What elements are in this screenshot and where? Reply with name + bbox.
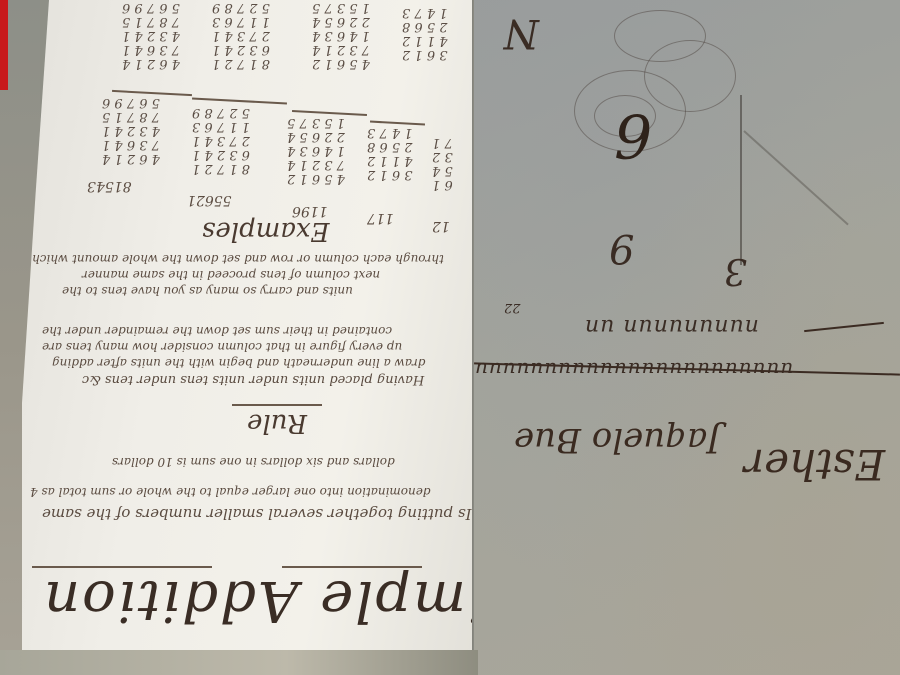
examples-heading: Examples — [202, 216, 330, 246]
sum-line — [192, 98, 287, 105]
signature: Esther — [744, 440, 885, 489]
scribble-6: 6 — [614, 100, 652, 170]
pencil-line — [740, 95, 742, 265]
rule-text-line: next column of tens proceed in the same … — [82, 268, 380, 282]
rule-text-line: through each column or row and set down … — [32, 252, 444, 266]
number-column: 8 1 7 2 1 6 3 2 4 1 2 7 3 4 1 1 1 7 6 3 … — [192, 105, 250, 175]
strike-mark — [804, 322, 884, 332]
number-column: 3 6 1 2 4 1 1 2 2 5 6 8 1 4 7 3 — [402, 5, 447, 61]
struck-line-1: nunununun un — [584, 314, 759, 339]
scribble-3: 3 — [724, 250, 747, 291]
scribble-9: 9 — [609, 225, 634, 271]
rule-text-line: units and carry so many as you have tens… — [62, 284, 353, 298]
right-page: N 6 9 3 22 nunununun un uuuuuuuuuuuuuuuu… — [474, 0, 900, 675]
number-column: 4 6 2 1 4 7 3 6 4 1 4 3 2 4 1 7 8 7 1 5 … — [102, 95, 160, 165]
signature-second: Jaquelo Bue — [514, 420, 721, 460]
rule-text-line: up every figure in that column consider … — [42, 340, 402, 354]
page-number: 22 — [504, 300, 521, 315]
rule-heading-underline — [232, 404, 322, 406]
definition-line: dollars and six dollars in one sum is 10… — [112, 455, 395, 469]
underlying-page-bottom — [0, 650, 478, 675]
total-2: 55621 — [187, 192, 232, 208]
number-column: 3 6 1 2 4 1 1 2 2 5 6 8 1 4 7 3 — [367, 125, 412, 181]
red-cover-edge — [0, 0, 8, 90]
page-title: Simple Addition — [42, 568, 526, 633]
number-column: 8 1 7 2 1 6 3 2 4 1 2 7 3 4 1 1 1 7 6 3 … — [212, 0, 270, 70]
total-5: 12 — [432, 218, 450, 234]
number-column: 4 6 2 1 4 7 3 6 4 1 4 3 2 4 1 7 8 7 1 5 … — [122, 0, 180, 70]
number-column: 4 5 6 1 2 7 3 2 1 4 1 4 6 3 4 2 2 6 5 4 … — [287, 115, 345, 185]
rule-heading: Rule — [247, 408, 307, 438]
manuscript-photo: N 6 9 3 22 nunununun un uuuuuuuuuuuuuuuu… — [0, 0, 900, 675]
total-1: 81543 — [87, 178, 132, 194]
number-column: 4 5 6 1 2 7 3 2 1 4 1 4 6 3 4 2 2 6 5 4 … — [312, 0, 370, 70]
left-page: 4 6 2 1 4 7 3 6 4 1 4 3 2 4 1 7 8 7 1 5 … — [22, 0, 472, 650]
pencil-line-diagonal — [743, 130, 848, 225]
rule-text-line: contained in their sum set down the rema… — [42, 324, 392, 338]
number-column: 6 1 5 4 3 2 7 1 — [432, 135, 453, 191]
rule-text-line: draw a line underneath and begin with th… — [52, 356, 425, 370]
scribble-n: N — [504, 10, 539, 56]
definition-line: Is putting together several smaller numb… — [42, 505, 472, 523]
total-4: 117 — [367, 210, 394, 226]
definition-line: denomination into one larger equal to th… — [30, 485, 431, 499]
flourish-ghost — [644, 40, 736, 112]
rule-text-line: Having placed units under units tens und… — [82, 372, 424, 387]
